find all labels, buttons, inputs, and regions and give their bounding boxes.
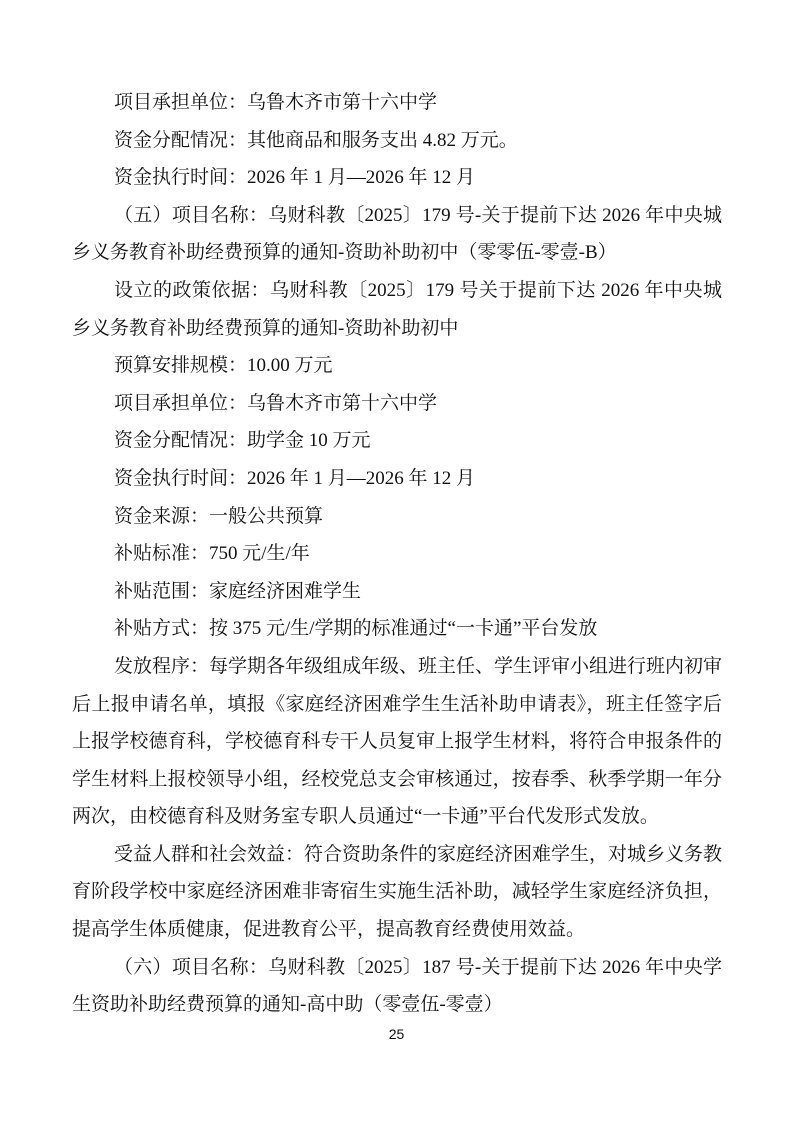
paragraph-subsidy-scope: 补贴范围：家庭经济困难学生 xyxy=(72,573,722,611)
paragraph-project-unit-2: 项目承担单位：乌鲁木齐市第十六中学 xyxy=(72,385,722,423)
paragraph-budget-scale: 预算安排规模：10.00 万元 xyxy=(72,347,722,385)
paragraph-project-5-name: （五）项目名称：乌财科教〔2025〕179 号-关于提前下达 2026 年中央城… xyxy=(72,197,722,272)
paragraph-fund-allocation: 资金分配情况：其他商品和服务支出 4.82 万元。 xyxy=(72,122,722,160)
document-body: 项目承担单位：乌鲁木齐市第十六中学 资金分配情况：其他商品和服务支出 4.82 … xyxy=(72,84,722,1024)
paragraph-beneficiaries-social-benefit: 受益人群和社会效益：符合资助条件的家庭经济困难学生，对城乡义务教育阶段学校中家庭… xyxy=(72,836,722,949)
paragraph-fund-execution-time-2: 资金执行时间：2026 年 1 月—2026 年 12 月 xyxy=(72,460,722,498)
paragraph-subsidy-method: 补贴方式：按 375 元/生/学期的标准通过“一卡通”平台发放 xyxy=(72,610,722,648)
page-number: 25 xyxy=(0,1026,793,1042)
paragraph-policy-basis: 设立的政策依据：乌财科教〔2025〕179 号关于提前下达 2026 年中央城乡… xyxy=(72,272,722,347)
paragraph-fund-source: 资金来源：一般公共预算 xyxy=(72,498,722,536)
paragraph-fund-allocation-2: 资金分配情况：助学金 10 万元 xyxy=(72,422,722,460)
document-page: 项目承担单位：乌鲁木齐市第十六中学 资金分配情况：其他商品和服务支出 4.82 … xyxy=(0,0,793,1122)
paragraph-fund-execution-time: 资金执行时间：2026 年 1 月—2026 年 12 月 xyxy=(72,159,722,197)
paragraph-subsidy-standard: 补贴标准：750 元/生/年 xyxy=(72,535,722,573)
paragraph-project-unit: 项目承担单位：乌鲁木齐市第十六中学 xyxy=(72,84,722,122)
paragraph-project-6-name: （六）项目名称：乌财科教〔2025〕187 号-关于提前下达 2026 年中央学… xyxy=(72,949,722,1024)
paragraph-distribution-procedure: 发放程序：每学期各年级组成年级、班主任、学生评审小组进行班内初审后上报申请名单，… xyxy=(72,648,722,836)
